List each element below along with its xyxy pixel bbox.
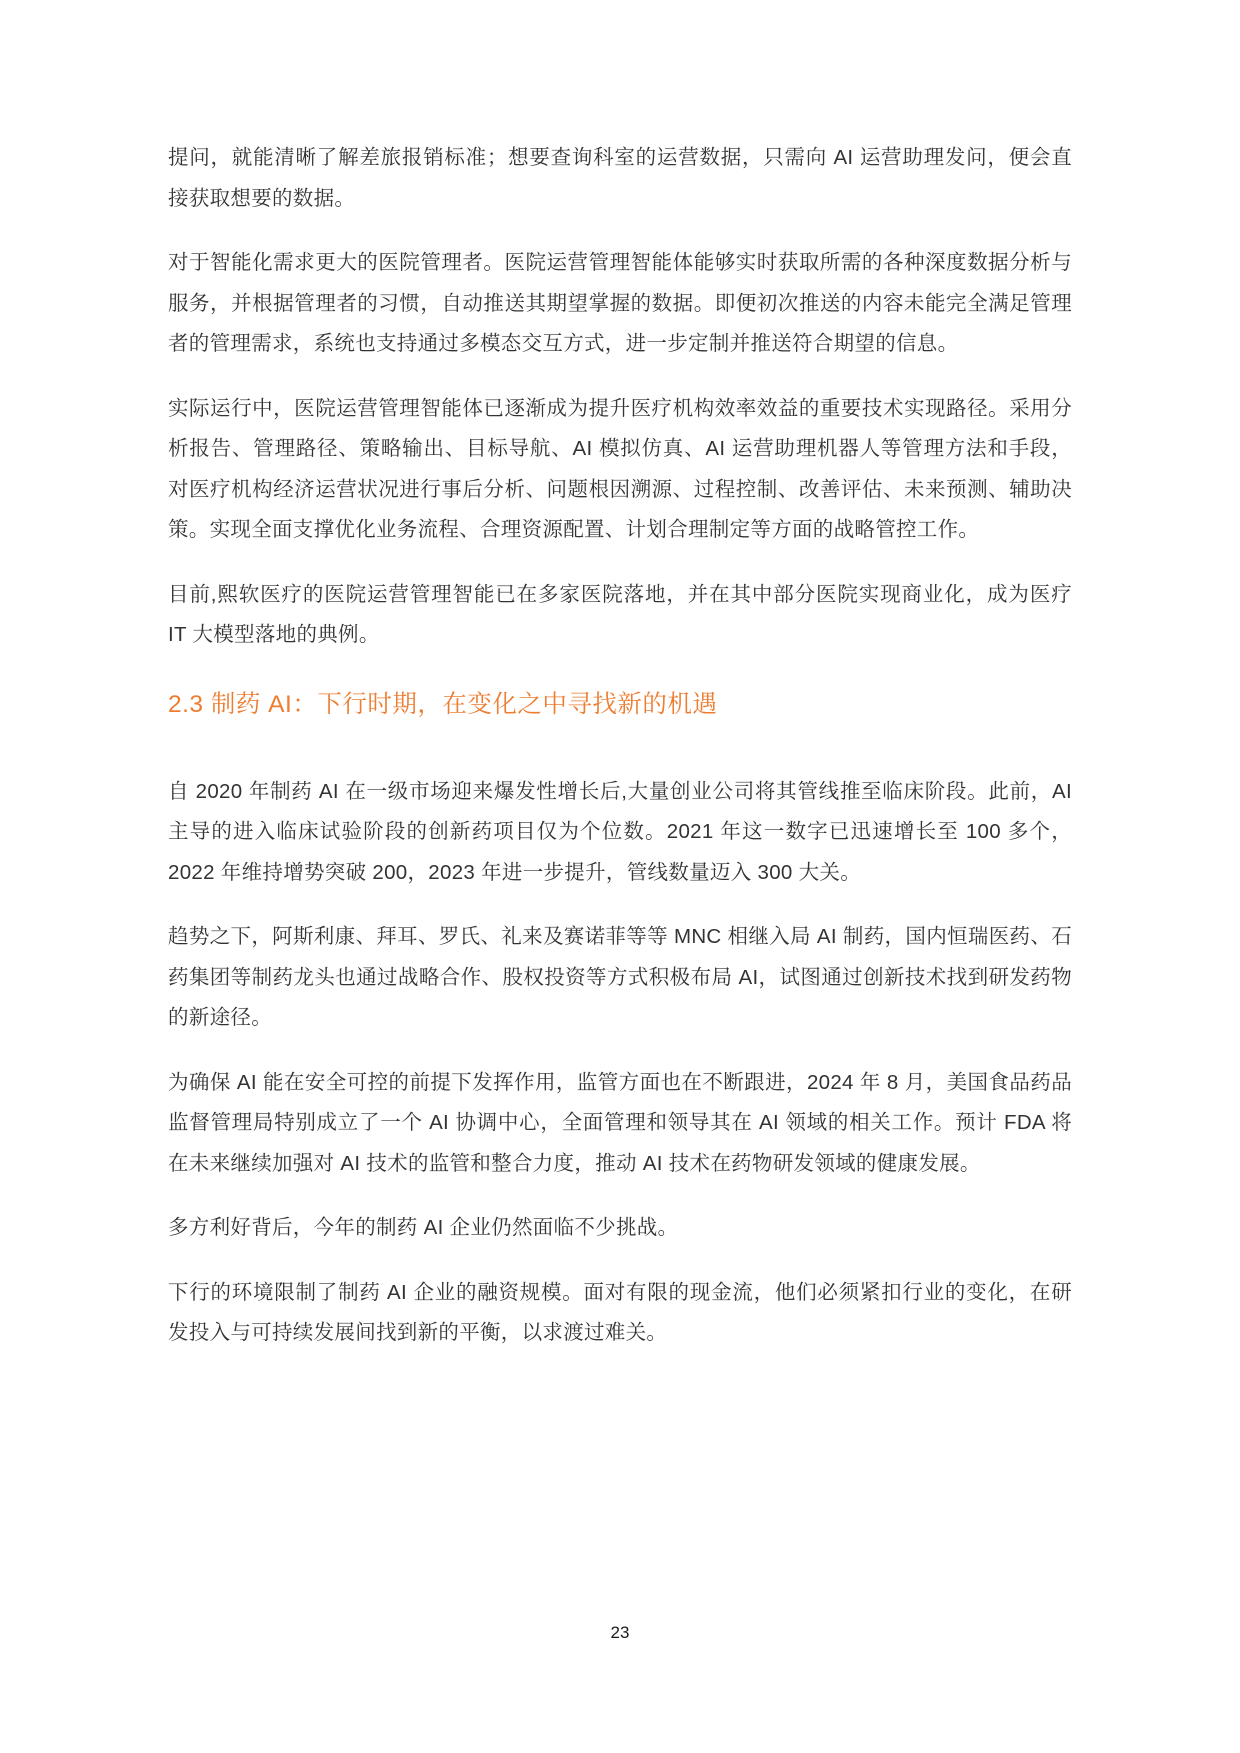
page-footer: 23	[0, 1622, 1240, 1644]
paragraph: 提问，就能清晰了解差旅报销标准；想要查询科室的运营数据，只需向 AI 运营助理发…	[168, 138, 1072, 219]
paragraph: 自 2020 年制药 AI 在一级市场迎来爆发性增长后,大量创业公司将其管线推至…	[168, 772, 1072, 894]
page-number: 23	[611, 1623, 630, 1642]
paragraph: 对于智能化需求更大的医院管理者。医院运营管理智能体能够实时获取所需的各种深度数据…	[168, 243, 1072, 365]
paragraph: 实际运行中，医院运营管理智能体已逐渐成为提升医疗机构效率效益的重要技术实现路径。…	[168, 389, 1072, 551]
document-page: 提问，就能清晰了解差旅报销标准；想要查询科室的运营数据，只需向 AI 运营助理发…	[0, 0, 1240, 1753]
paragraph: 多方利好背后，今年的制药 AI 企业仍然面临不少挑战。	[168, 1208, 1072, 1249]
paragraph: 目前,熙软医疗的医院运营管理智能已在多家医院落地，并在其中部分医院实现商业化，成…	[168, 575, 1072, 656]
paragraph: 为确保 AI 能在安全可控的前提下发挥作用，监管方面也在不断跟进，2024 年 …	[168, 1063, 1072, 1185]
body-text: 提问，就能清晰了解差旅报销标准；想要查询科室的运营数据，只需向 AI 运营助理发…	[168, 138, 1072, 1378]
paragraph: 下行的环境限制了制药 AI 企业的融资规模。面对有限的现金流，他们必须紧扣行业的…	[168, 1273, 1072, 1354]
paragraph: 趋势之下，阿斯利康、拜耳、罗氏、礼来及赛诺菲等等 MNC 相继入局 AI 制药，…	[168, 917, 1072, 1039]
section-heading: 2.3 制药 AI：下行时期，在变化之中寻找新的机遇	[168, 688, 1072, 722]
